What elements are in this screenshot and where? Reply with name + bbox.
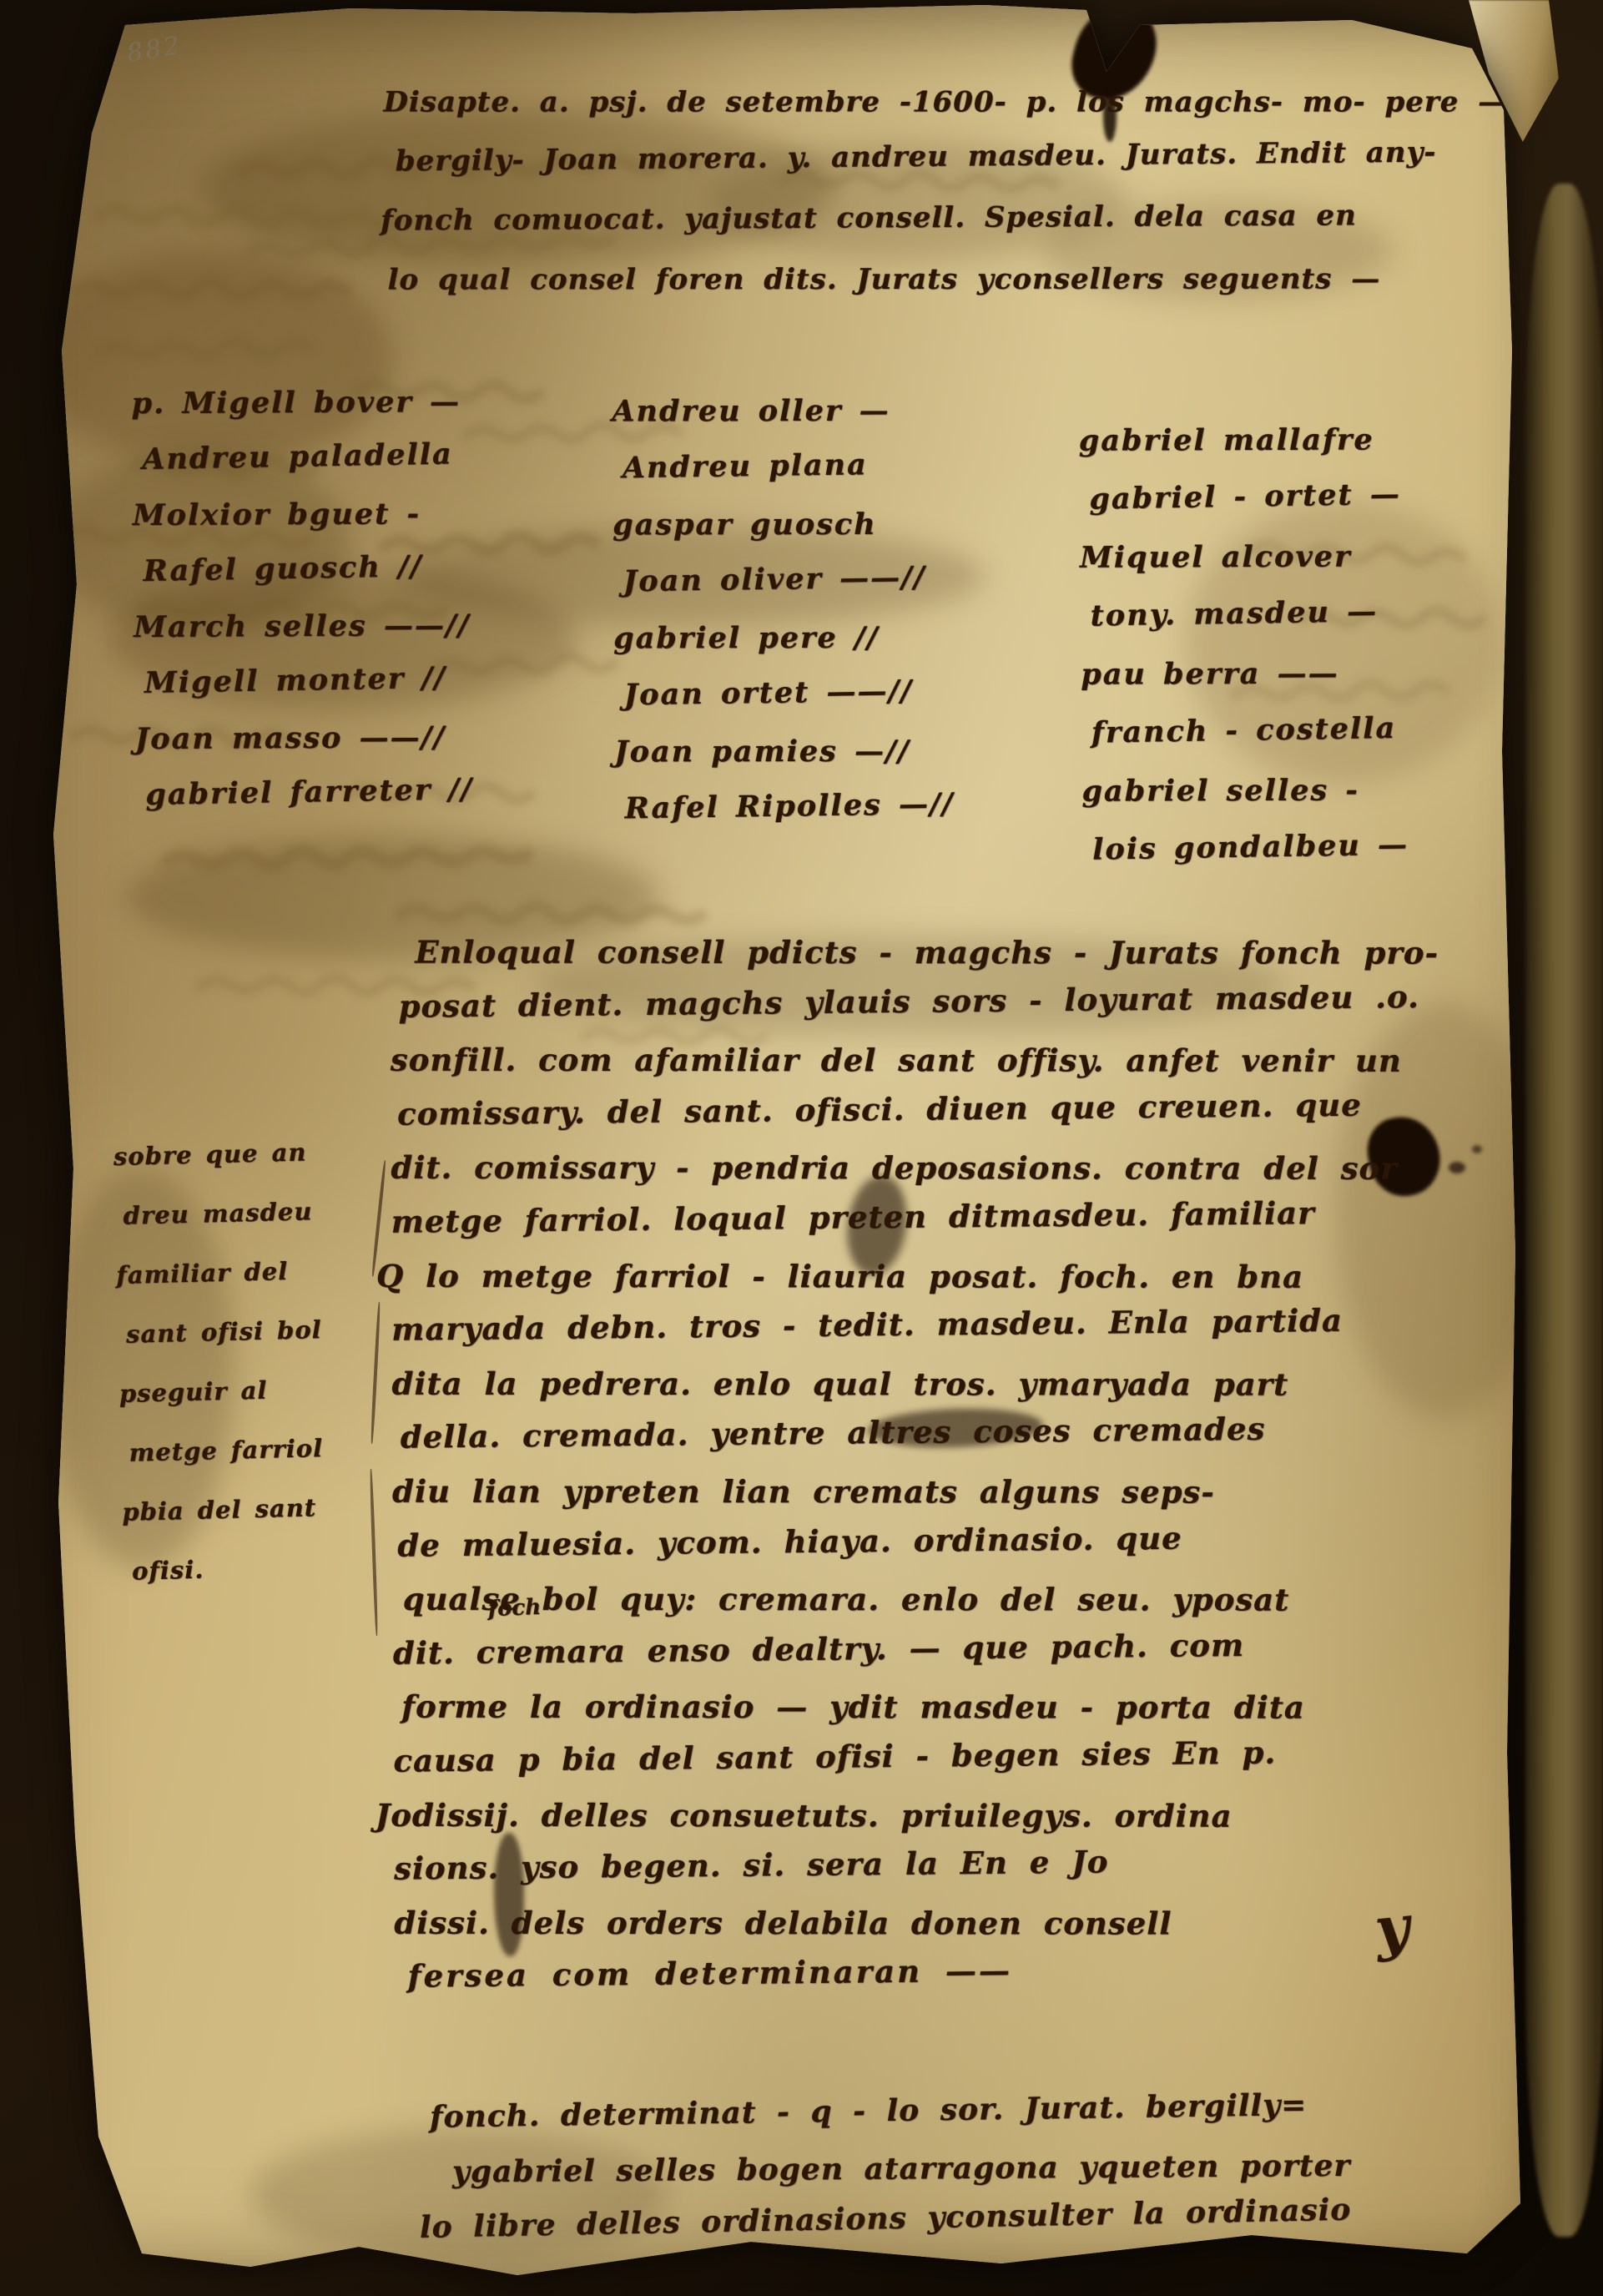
body-line: metge farriol. loqual preten ditmasdeu. … [391,1185,1439,1249]
attendee-name: March selles ——// [134,598,471,655]
attendee-name: gabriel mallafre [1079,411,1405,470]
attendee-name: Molxior bguet - [133,486,471,543]
heading-line: fonch comuocat. yajustat consell. Spesia… [381,185,1508,250]
body-line: posat dient. magchs ylauis sors - loyura… [398,969,1439,1033]
margin-note-line: sobre que an [113,1123,318,1187]
attendee-name: Migell monter // [144,649,472,711]
resolution-paragraph: fonch. determinat - q - lo sor. Jurat. b… [430,2076,1352,2254]
attendee-name: Andreu plana [622,436,952,497]
margin-note-line: ofisi. [131,1537,328,1602]
margin-note-line: familiar del [116,1241,321,1305]
attendee-name: Miquel alcover [1080,527,1406,587]
ink-speckle [1472,1145,1482,1153]
attendee-name: p. Migell bover — [131,374,469,431]
attendee-name: Andreu paladella [142,426,471,487]
margin-note-line: dreu masdeu [123,1182,320,1246]
margin-note: sobre que an dreu masdeu familiar del sa… [113,1123,328,1602]
attendee-name: franch - costella [1091,699,1408,763]
attendee-name: Joan ortet ——// [623,663,954,724]
attendee-name: tony. masdeu — [1090,583,1407,646]
attendee-name: pau berra —— [1081,644,1407,704]
attendee-name: Rafel guosch // [143,537,471,599]
body-line: dit. cremara enso dealtry. — que pach. c… [393,1616,1442,1680]
body-line: fersea com determinaran —— [407,1940,1443,2003]
body-line: comissary. del sant. ofisci. diuen que c… [397,1077,1439,1142]
margin-brace-stroke [371,1302,381,1444]
attendee-name: gabriel farreter // [145,761,474,823]
margin-note-line: pseguir al [118,1360,324,1424]
attendees-column-3: gabriel mallafre gabriel - ortet — Mique… [1079,409,1409,879]
attendee-name: gabriel - ortet — [1089,466,1406,529]
heading-line: lo qual consel foren dits. Jurats yconse… [388,250,1509,310]
manuscript-page: 882 Disapte. a. psj. de setembre -1600- … [0,0,1603,2296]
folio-number: 882 [125,31,184,68]
attendees-column-1: p. Migell bover — Andreu paladella Molxi… [131,372,473,823]
body-line: causa p bia del sant ofisi - begen sies … [393,1724,1442,1789]
body-line: sions. yso begen. si. sera la En e Jo [394,1832,1443,1896]
attendee-name: gaspar guosch [612,497,952,554]
ink-speckle [1449,1162,1465,1173]
body-paragraph: Enloqual consell pdicts - magchs - Jurat… [390,921,1443,2003]
page-wrap: 882 Disapte. a. psj. de setembre -1600- … [0,0,1603,2296]
manuscript-photo: 882 Disapte. a. psj. de setembre -1600- … [0,0,1603,2296]
attendee-name: Andreu oller — [612,383,951,441]
attendee-name: Joan oliver ——// [623,549,953,611]
resolution-line: fonch. determinat - q - lo sor. Jurat. b… [430,2076,1350,2144]
flourish-letter: y [1372,1891,1413,1964]
margin-note-line: sant ofisi bol [125,1300,322,1365]
attendees-column-2: Andreu oller — Andreu plana gaspar guosc… [612,381,955,838]
attendee-name: gabriel pere // [613,610,953,668]
attendee-name: Joan masso ——// [135,709,473,767]
body-line: maryada debn. tros - tedit. masdeu. Enla… [391,1293,1440,1357]
margin-note-line: pbia del sant [122,1478,327,1542]
body-line: de maluesia. ycom. hiaya. ordinasio. que [397,1508,1441,1572]
interline-insertion: foch [487,1595,541,1622]
attendee-name: Joan pamies —// [614,724,954,781]
margin-brace-stroke [370,1469,379,1636]
attendee-name: Rafel Ripolles —// [624,776,955,838]
heading-paragraph: Disapte. a. psj. de setembre -1600- p. l… [375,67,1508,310]
attendee-name: lois gondalbeu — [1092,816,1409,880]
margin-note-line: metge farriol [129,1419,325,1483]
body-line: della. cremada. yentre altres coses crem… [401,1400,1441,1465]
attendee-name: gabriel selles - [1081,761,1408,820]
heading-line: bergily- Joan morera. y. andreu masdeu. … [396,123,1508,192]
